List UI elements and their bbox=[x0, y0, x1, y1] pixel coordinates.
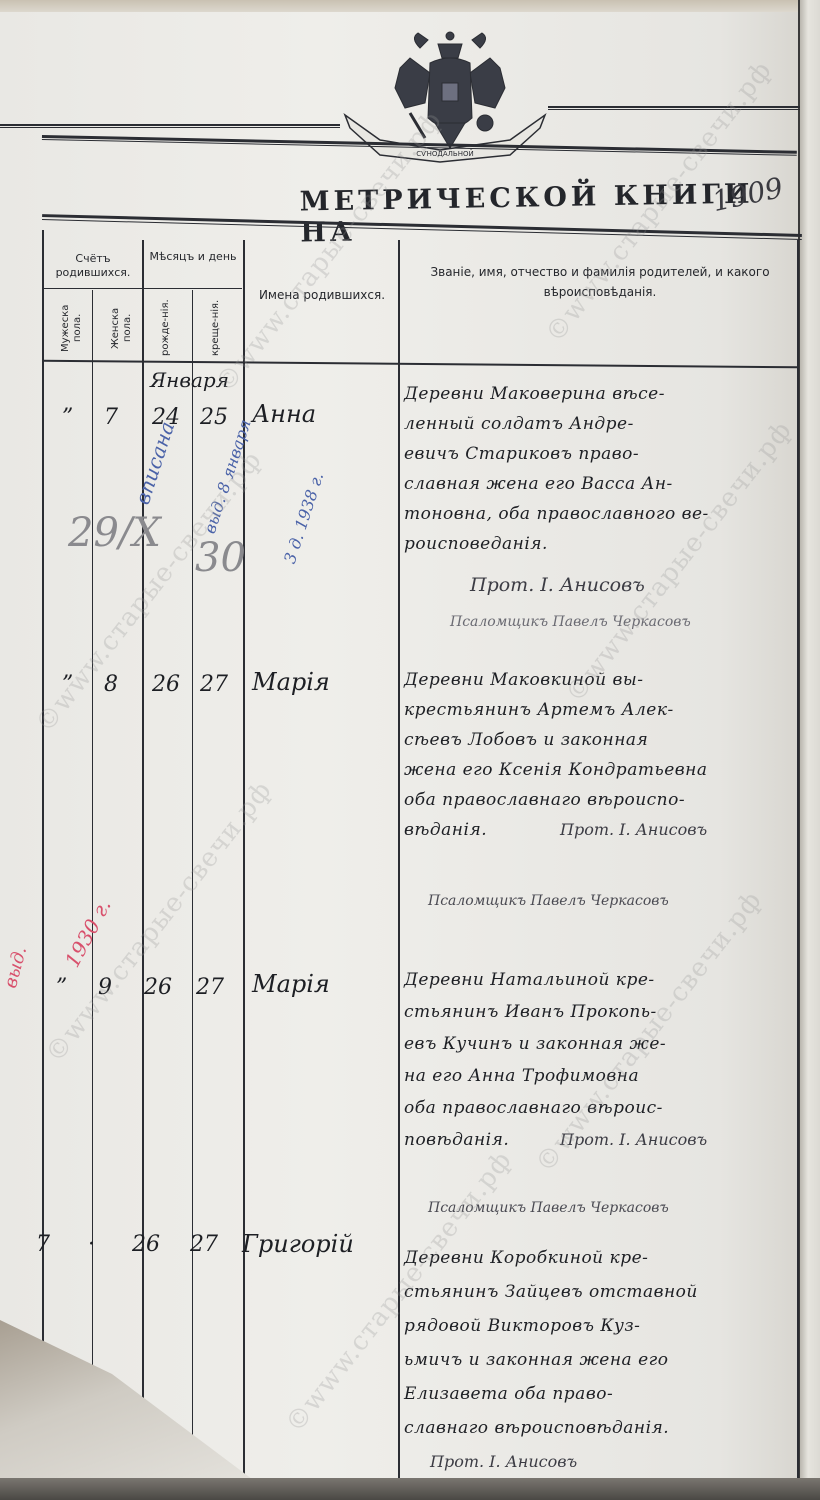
parents-line: стьянинъ Зайцевъ отставной bbox=[404, 1282, 698, 1302]
cell-baptized: 27 bbox=[200, 672, 228, 697]
parents-line: стьянинъ Иванъ Прокопь- bbox=[404, 1002, 657, 1022]
parents-line: рядовой Викторовъ Куз- bbox=[404, 1316, 640, 1336]
cell-baptized: 27 bbox=[190, 1232, 218, 1257]
priest-signature: Прот. І. Анисовъ bbox=[470, 574, 645, 596]
cell-name: Марія bbox=[252, 668, 330, 696]
cell-female: 8 bbox=[104, 672, 118, 697]
cell-male: 7 bbox=[36, 1232, 50, 1257]
cell-baptized: 27 bbox=[196, 975, 224, 1000]
col-line-6 bbox=[797, 240, 799, 1480]
parents-line: роисповеданія. bbox=[404, 534, 548, 554]
header-male: Мужеска пола. bbox=[60, 296, 84, 360]
pencil-annotation: 29/X bbox=[68, 510, 161, 556]
header-baptism: креще-нія. bbox=[210, 296, 222, 360]
parents-line: Деревни Натальиной кре- bbox=[404, 970, 655, 990]
parents-line: славная жена его Васса Ан- bbox=[404, 474, 673, 494]
parents-line: сѣевъ Лобовъ и законная bbox=[404, 730, 648, 750]
cell-male: ” bbox=[56, 975, 67, 1000]
header-names: Имена родившихся. bbox=[248, 288, 396, 302]
cell-born: 26 bbox=[132, 1232, 160, 1257]
cell-female: 7 bbox=[104, 405, 118, 430]
header-rule-left bbox=[0, 124, 340, 128]
header-rule-right bbox=[548, 106, 800, 110]
parents-line: евичъ Стариковъ право- bbox=[404, 444, 639, 464]
header-sub-rule bbox=[42, 288, 242, 289]
parents-line: ленный солдатъ Андре- bbox=[404, 414, 634, 434]
parents-line: оба православнаго вѣроиспо- bbox=[404, 790, 685, 810]
header-birth: рожде-нія. bbox=[160, 296, 172, 360]
cell-name: Марія bbox=[252, 970, 330, 998]
crest-ribbon-banner: СѴНОДАЛЬНОЙ bbox=[340, 110, 550, 164]
parents-line: тоновна, оба православного ве- bbox=[404, 504, 709, 524]
parents-line: жена его Ксенія Кондратьевна bbox=[404, 760, 708, 780]
header-count: Счётъ родившихся. bbox=[46, 252, 140, 280]
cell-name: Григорій bbox=[242, 1230, 354, 1258]
parents-line: славнаго вѣроисповѣданія. bbox=[404, 1418, 669, 1438]
parents-line: Елизавета оба право- bbox=[404, 1384, 613, 1404]
parents-line: крестьянинъ Артемъ Алек- bbox=[404, 700, 674, 720]
header-month-day: Мѣсяцъ и день bbox=[146, 250, 240, 264]
priest-signature: Прот. І. Анисовъ bbox=[560, 820, 707, 839]
col-line-frame bbox=[42, 230, 44, 1480]
col-line-2 bbox=[142, 240, 144, 1480]
cell-name: Анна bbox=[252, 400, 316, 428]
parents-line: Деревни Маковерина вѣсе- bbox=[404, 384, 665, 404]
cell-baptized: 25 bbox=[200, 405, 228, 430]
parents-line: ьмичъ и законная жена его bbox=[404, 1350, 668, 1370]
parents-line: вѣданія. bbox=[404, 820, 487, 840]
header-female: Женска пола. bbox=[110, 296, 134, 360]
priest-signature: Прот. І. Анисовъ bbox=[430, 1452, 577, 1471]
clerk-signature: Псаломщикъ Павелъ Черкасовъ bbox=[428, 893, 669, 909]
cell-born: 26 bbox=[152, 672, 180, 697]
cell-male: ” bbox=[62, 405, 73, 430]
col-line-1 bbox=[92, 290, 93, 1480]
cell-born: 26 bbox=[144, 975, 172, 1000]
book-spine-bottom bbox=[0, 1478, 820, 1500]
cell-female: · bbox=[88, 1232, 95, 1257]
parents-line: оба православнаго вѣроис- bbox=[404, 1098, 663, 1118]
